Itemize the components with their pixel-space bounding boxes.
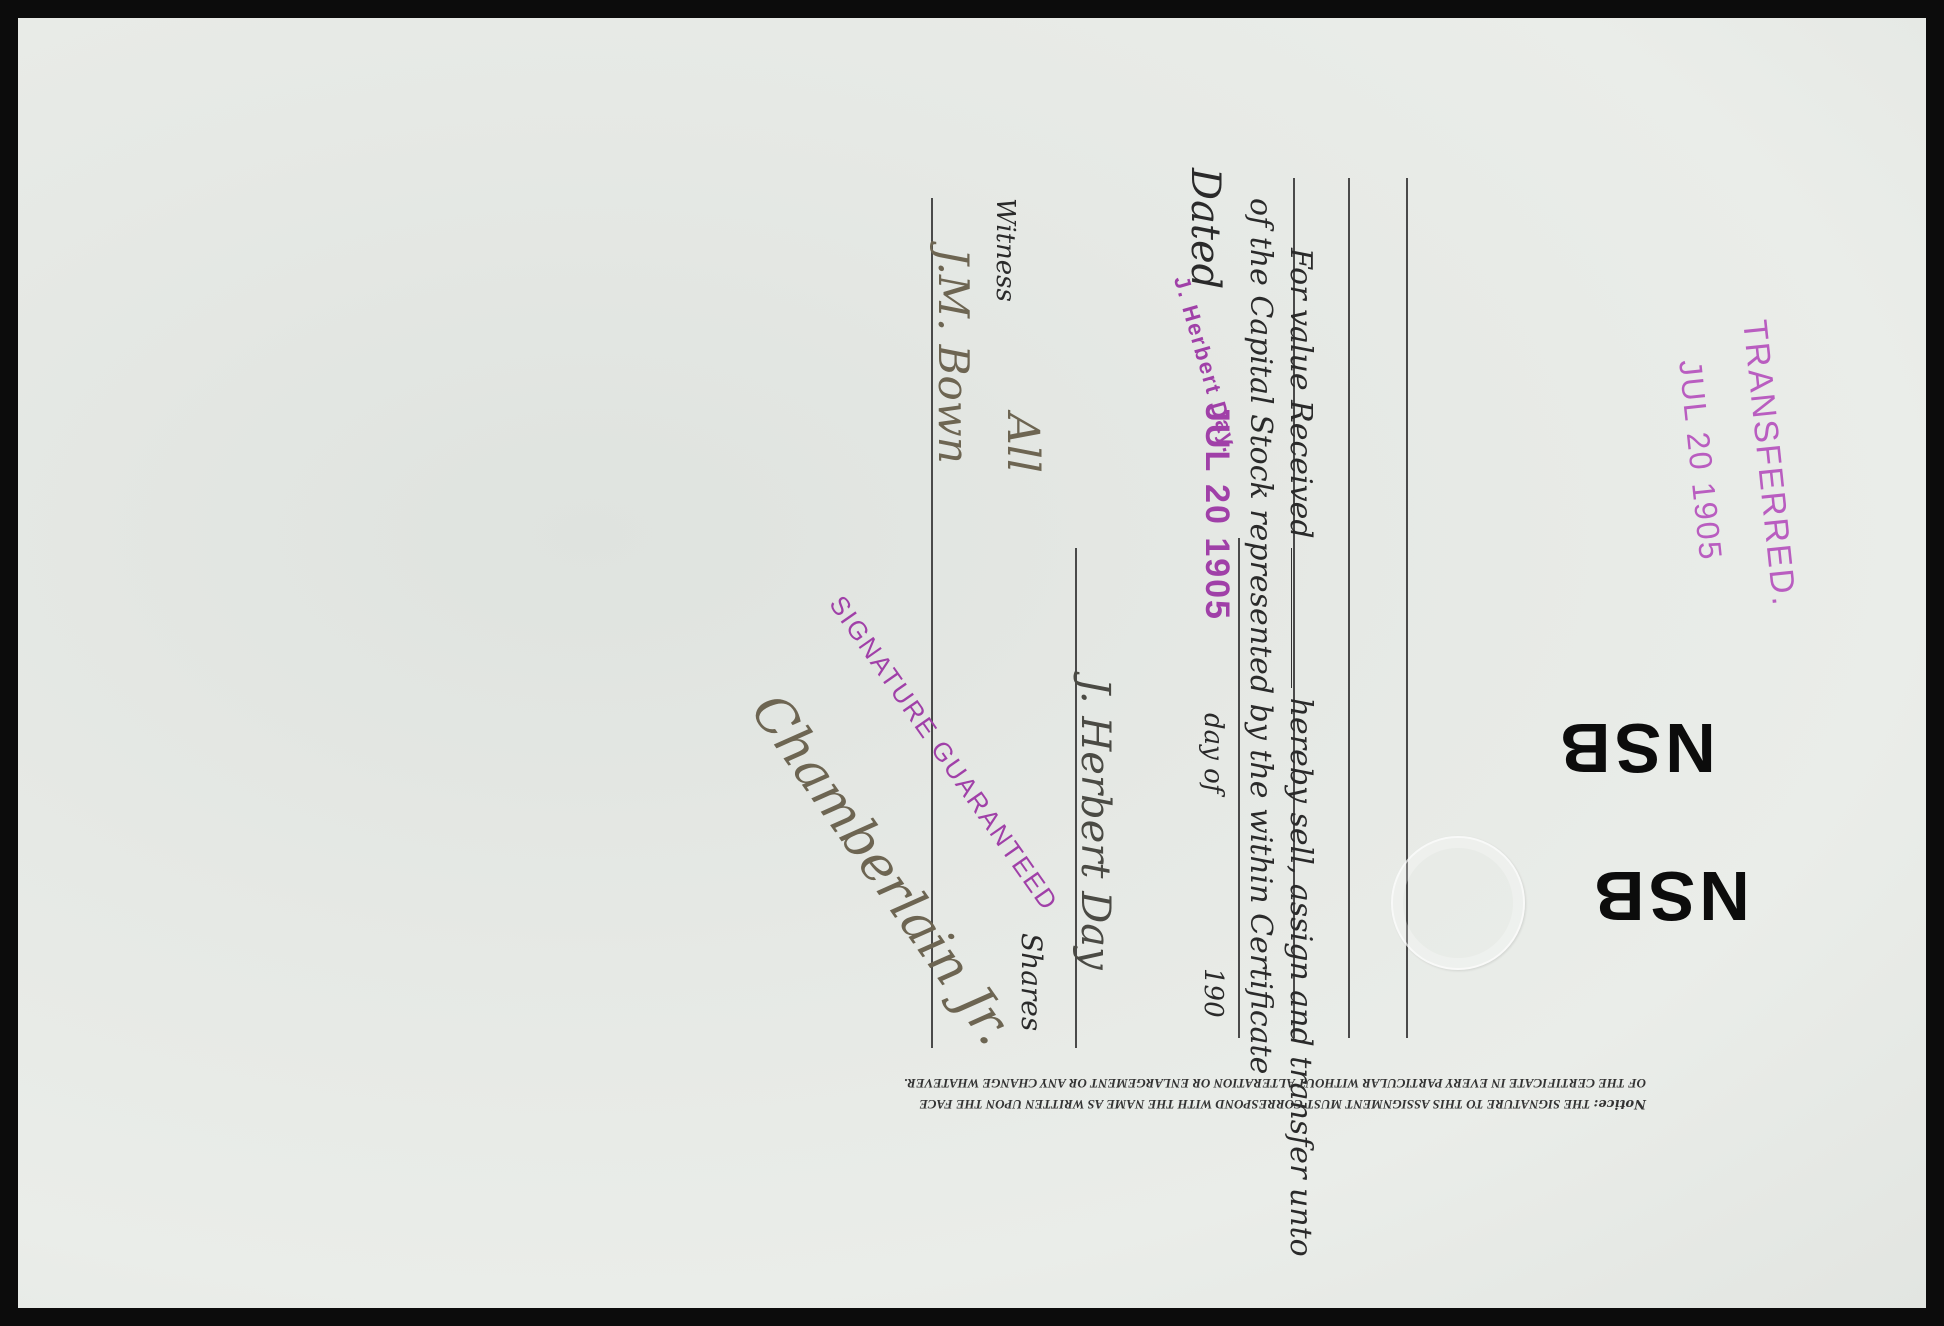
year-prefix: 190: [1198, 968, 1228, 1018]
cancellation-punch: NSB: [1556, 708, 1716, 788]
notice-text: Notice: THE SIGNATURE TO THIS ASSIGNMENT…: [746, 1073, 1646, 1114]
certificate-paper: For value Received hereby sell, assign a…: [18, 18, 1926, 1308]
day-of-label: day of: [1198, 713, 1228, 793]
dated-label: Dated: [1182, 168, 1228, 289]
rule-line: [1238, 538, 1240, 1038]
assignment-line-3: of the Capital Stock represented by the …: [1243, 198, 1278, 1074]
shares-count-handwritten: All: [997, 413, 1048, 473]
notice-line-2: OF THE CERTIFICATE IN EVERY PARTICULAR W…: [746, 1073, 1646, 1093]
dated-line: Dated: [1182, 168, 1228, 289]
notice-line-1: THE SIGNATURE TO THIS ASSIGNMENT MUST CO…: [919, 1097, 1590, 1112]
transferred-stamp-date: JUL 20 1905: [1671, 358, 1729, 563]
guarantor-signature: Chamberlain Jr.: [739, 683, 1025, 1056]
transferred-stamp-title: TRANSFERRED.: [1734, 318, 1803, 609]
assignor-signature: J. Herbert Day: [1072, 678, 1118, 970]
dated-stamp: JUL 20 1905: [1197, 403, 1236, 621]
sell-assign-transfer-text: hereby sell, assign and transfer unto: [1283, 698, 1318, 1257]
witness-signature: J.M. Bown: [929, 248, 978, 464]
for-value-received-text: For value Received: [1283, 248, 1318, 539]
witness-label: Witness: [990, 198, 1020, 302]
rule-line: [1348, 178, 1350, 1038]
embossed-corporate-seal: [1391, 836, 1525, 970]
notice-label: Notice:: [1594, 1096, 1646, 1111]
cancellation-punch: NSB: [1590, 856, 1750, 936]
